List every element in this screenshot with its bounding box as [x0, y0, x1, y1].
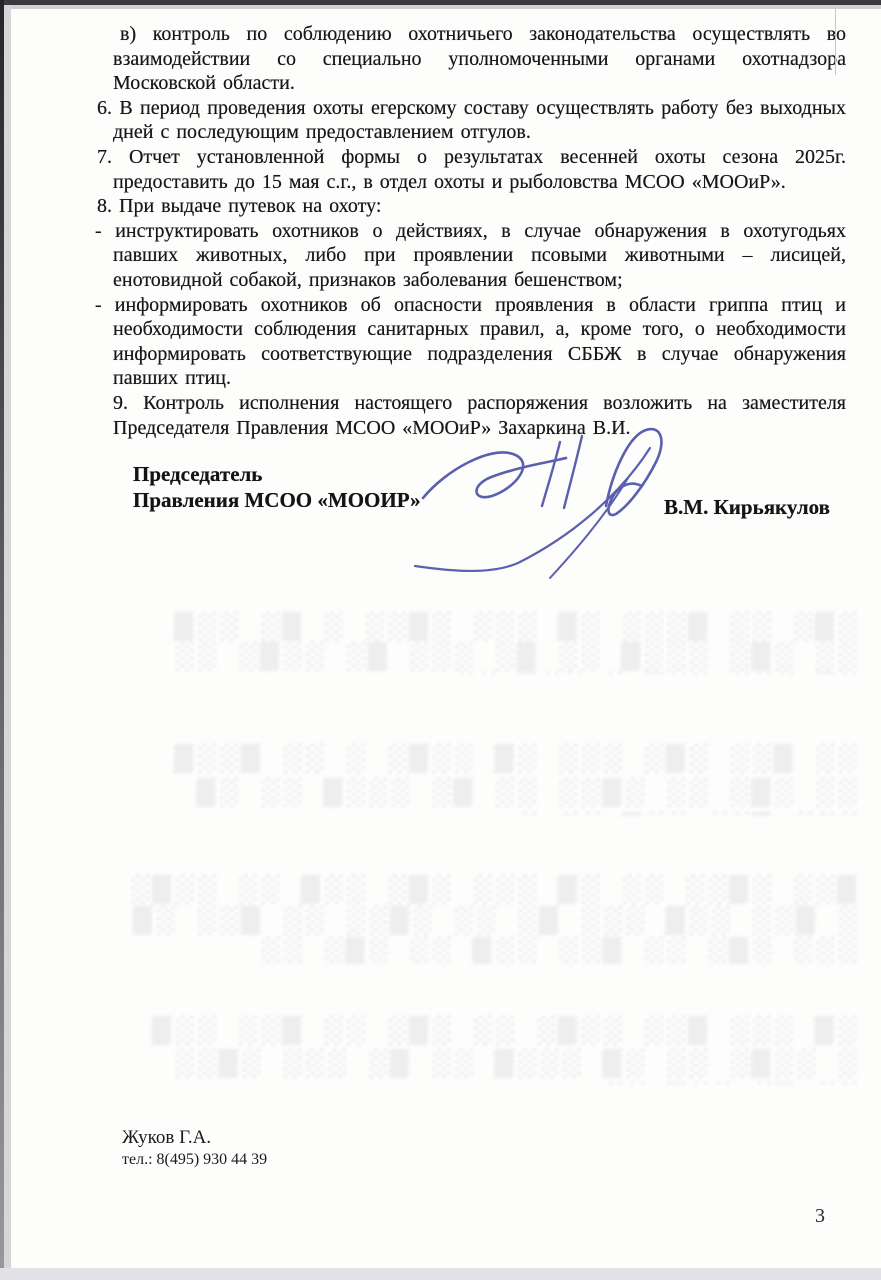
scan-edge-top-soft: [0, 5, 881, 9]
paragraph-subitem-v: в) контроль по соблюдению охотничьего за…: [113, 22, 846, 96]
signature-title-line2: Правления МСОО «МООИР»: [133, 487, 421, 513]
paragraph-dash-1: - инструктировать охотников о действиях,…: [113, 219, 846, 293]
signature-title: Председатель Правления МСОО «МООИР»: [133, 461, 421, 513]
scanned-document-page: ░▒░ ░░ ▒░░░ ░▒ ░░░ ░▒░░ ░ ▒░ ░░▒ ░░ ░▒░ …: [0, 0, 881, 1280]
document-body: в) контроль по соблюдению охотничьего за…: [113, 22, 846, 440]
page-edge-line: [835, 9, 836, 75]
scan-edge-bottom: [0, 1268, 881, 1280]
signature-title-line1: Председатель: [133, 461, 421, 487]
paragraph-item-8: 8. При выдаче путевок на охоту:: [113, 194, 846, 219]
paragraph-item-7: 7. Отчет установленной формы о результат…: [113, 145, 846, 194]
bleedthrough-band: ░░ ▒░░ ░▒░ ░░░ ░▒ ░░▒░ ░ ░░ ▒░░▒ ░░ ░▒░ …: [108, 742, 856, 816]
bleedthrough-band: ░▒░ ░░ ▒░░░ ░▒ ░░░ ░▒░░ ░ ▒░ ░░▒ ░░ ░▒░ …: [108, 612, 856, 674]
contact-phone: тел.: 8(495) 930 44 39: [122, 1151, 267, 1169]
paragraph-item-6: 6. В период проведения охоты егерскому с…: [113, 96, 846, 145]
paragraph-dash-2: - информировать охотников об опасности п…: [113, 293, 846, 391]
handwritten-signature: [398, 416, 688, 588]
page-number: 3: [815, 1205, 825, 1228]
bleedthrough-band: ░▒ ░░░ ▒░░ ░░▒░ ░░ ░▒░ ░░ ▒░░ ░░▒ ░ ░░▒░…: [108, 1014, 856, 1084]
scan-edge-left-soft: [4, 5, 11, 1270]
bleedthrough-band: ▒░░ ░▒░░ ░░ ░▒ ░░░ ░▒░ ░░▒ ░░ ░░▒░ ░ ▒░░…: [108, 874, 856, 964]
signer-name: В.М. Кирьякулов: [664, 495, 830, 520]
contact-name: Жуков Г.А.: [122, 1127, 211, 1149]
